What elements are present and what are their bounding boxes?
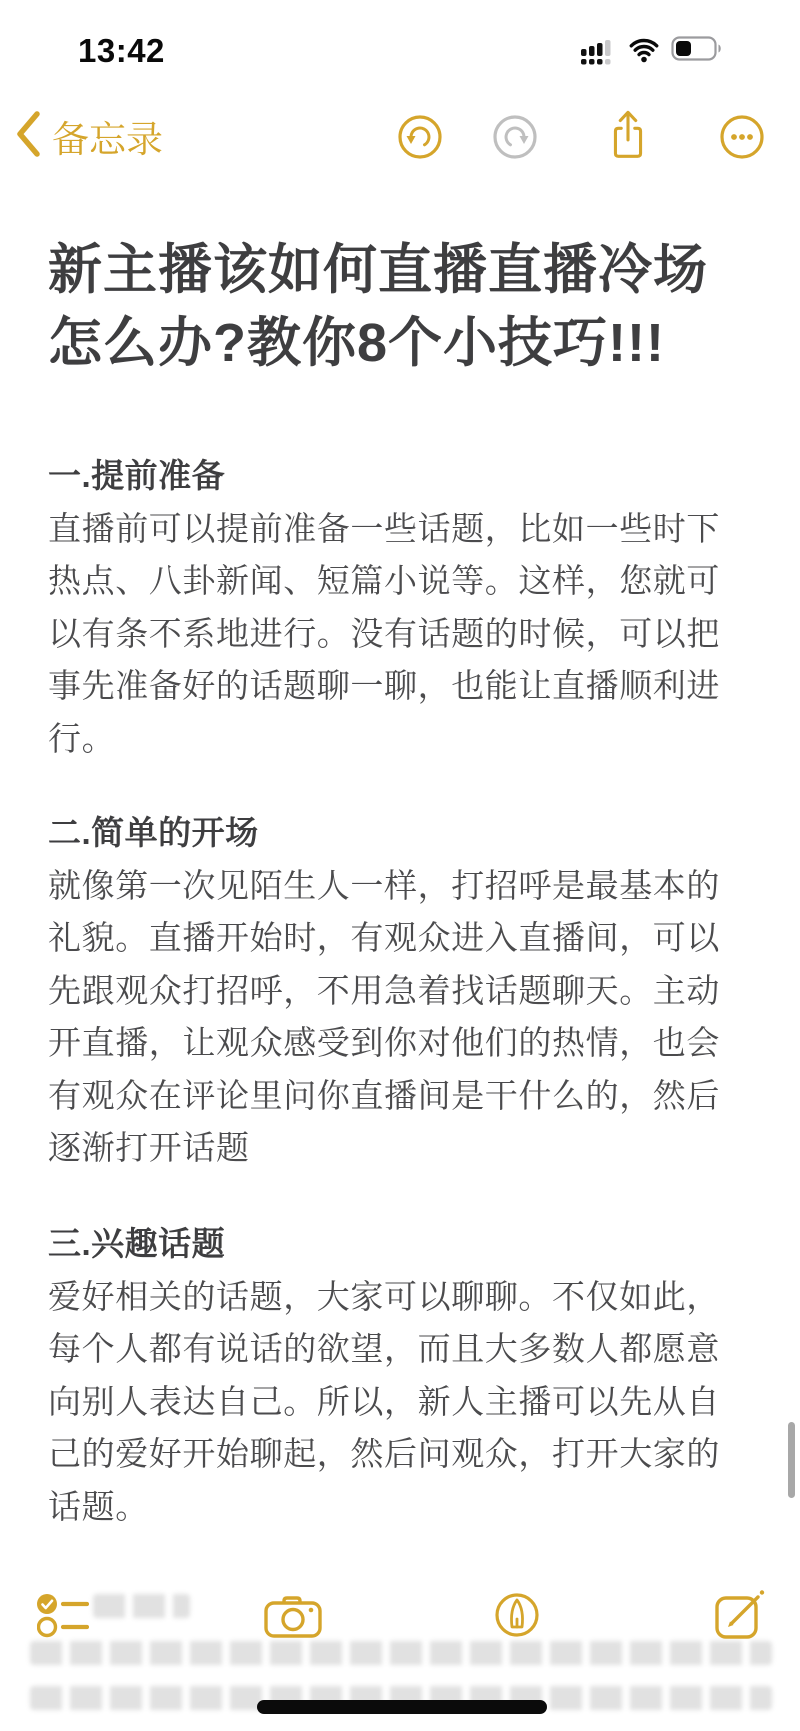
body-line: 逐渐打开话题 [48,1122,720,1175]
home-indicator[interactable] [257,1700,547,1714]
body-line: 有观众在评论里问你直播间是干什么的，然后 [48,1070,720,1123]
battery-icon [671,36,723,67]
body-line: 以有条不系地进行。没有话题的时候，可以把 [48,608,720,661]
checklist-icon [37,1594,89,1638]
more-options-button[interactable] [719,114,765,160]
camera-button[interactable] [264,1594,322,1645]
compose-button[interactable] [714,1588,766,1645]
section-1-heading: 一.提前准备 [48,450,720,503]
section-2-heading: 二.简单的开场 [48,807,720,860]
body-line: 开直播，让观众感受到你对他们的热情，也会 [48,1017,720,1070]
scrollbar-thumb[interactable] [788,1422,795,1498]
markup-pen-icon [494,1592,540,1638]
body-line: 先跟观众打招呼，不用急着找话题聊天。主动 [48,965,720,1018]
checklist-button[interactable] [37,1594,89,1643]
undo-icon [397,114,443,160]
body-line: 事先准备好的话题聊一聊，也能让直播顺利进 [48,660,720,713]
wifi-icon [626,36,662,68]
status-time: 13:42 [78,32,165,70]
share-button[interactable] [605,108,651,164]
cellular-signal-icon [581,36,617,71]
body-line: 行。 [48,713,720,766]
ellipsis-icon [719,114,765,160]
body-line: 每个人都有说话的欲望，而且大多数人都愿意 [48,1323,720,1376]
note-title-line: 怎么办?教你8个小技巧!!! [48,307,708,380]
status-icons [581,36,723,71]
blurred-text-behind-toolbar [30,1641,772,1665]
notes-app-screen: 13:42 [0,0,800,1731]
body-line: 话题。 [48,1481,720,1534]
body-line: 就像第一次见陌生人一样，打招呼是最基本的 [48,860,720,913]
note-title-line: 新主播该如何直播直播冷场 [48,234,708,307]
redo-button[interactable] [492,114,538,160]
body-line: 热点、八卦新闻、短篇小说等。这样，您就可 [48,555,720,608]
chevron-left-icon [14,109,42,164]
undo-button[interactable] [397,114,443,160]
body-line: 向别人表达自己。所以，新人主播可以先从自 [48,1376,720,1429]
body-line: 己的爱好开始聊起，然后问观众，打开大家的 [48,1428,720,1481]
back-button[interactable]: 备忘录 [14,108,163,164]
redo-icon [492,114,538,160]
note-title: 新主播该如何直播直播冷场 怎么办?教你8个小技巧!!! [48,234,708,380]
back-button-label: 备忘录 [52,109,163,163]
body-line: 礼貌。直播开始时，有观众进入直播间，可以 [48,912,720,965]
body-line: 爱好相关的话题，大家可以聊聊。不仅如此， [48,1271,720,1324]
section-3-heading: 三.兴趣话题 [48,1218,720,1271]
body-line: 直播前可以提前准备一些话题，比如一些时下 [48,503,720,556]
section-2: 二.简单的开场 就像第一次见陌生人一样，打招呼是最基本的 礼貌。直播开始时，有观… [48,807,720,1175]
section-3: 三.兴趣话题 爱好相关的话题，大家可以聊聊。不仅如此， 每个人都有说话的欲望，而… [48,1218,720,1533]
compose-icon [714,1588,766,1640]
blurred-text-behind-toolbar [93,1594,190,1618]
markup-button[interactable] [494,1592,540,1643]
share-icon [605,108,651,164]
section-1: 一.提前准备 直播前可以提前准备一些话题，比如一些时下 热点、八卦新闻、短篇小说… [48,450,720,765]
camera-icon [264,1594,322,1640]
